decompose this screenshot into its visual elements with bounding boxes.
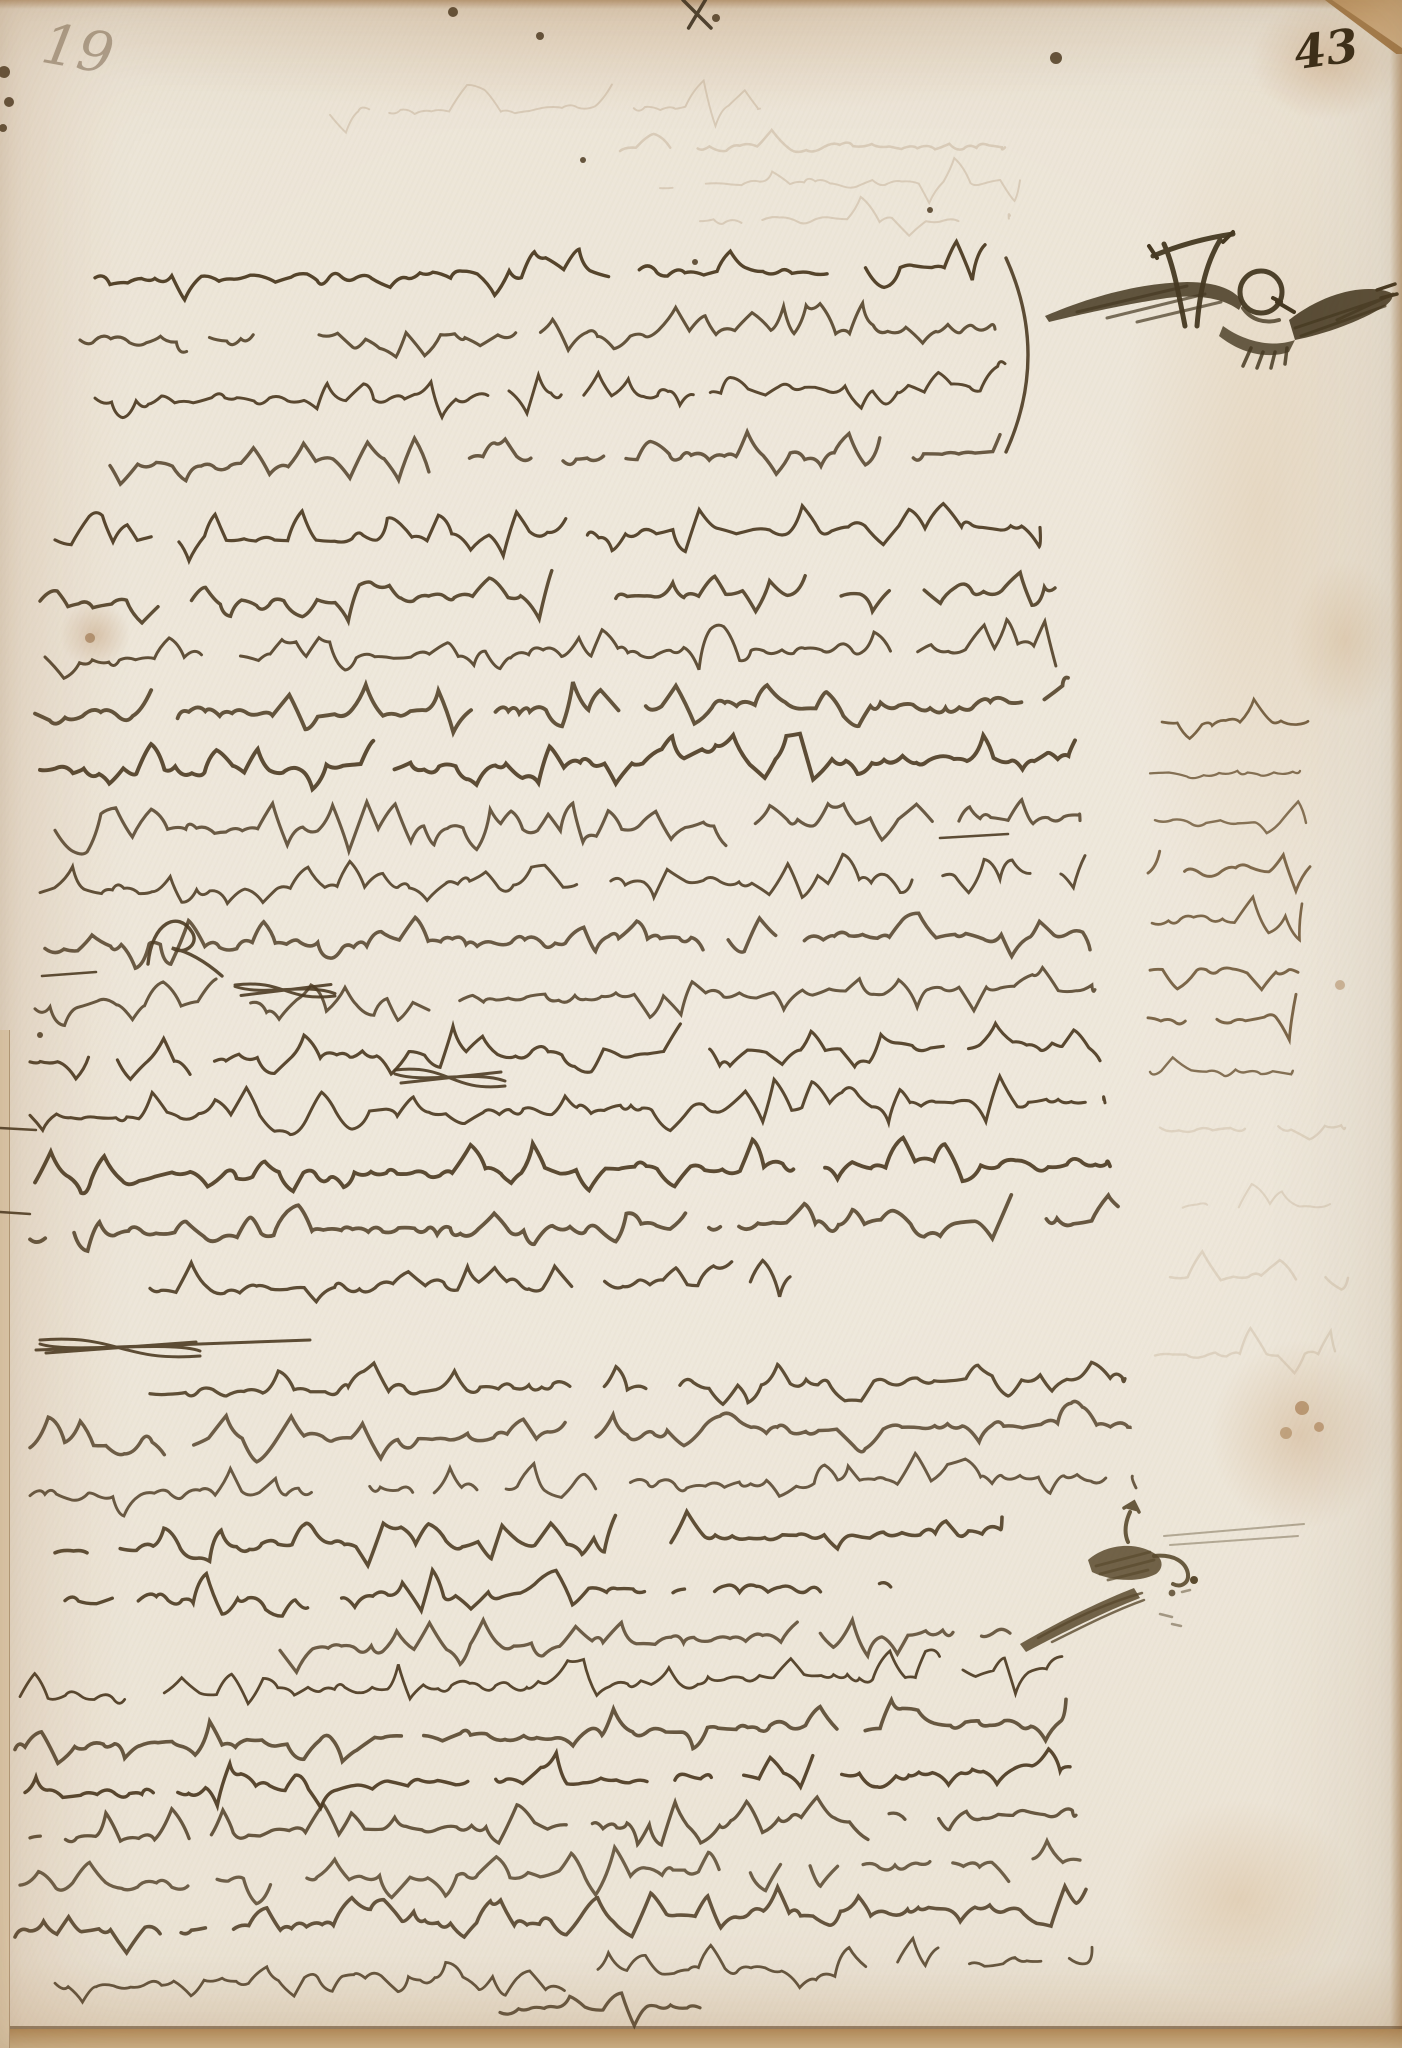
handwritten-line — [95, 242, 985, 300]
bird2-long-wing — [1020, 1588, 1140, 1652]
handwritten-line — [150, 1362, 1125, 1404]
handwritten-line — [25, 1749, 1070, 1808]
handwritten-line — [30, 1797, 1076, 1845]
bird2-dashes — [1160, 1590, 1190, 1626]
handwritten-line — [40, 571, 1055, 623]
bird-tail-fork — [1153, 234, 1233, 326]
bird-head — [1240, 271, 1282, 313]
handwritten-line — [1148, 994, 1296, 1040]
ink-speck — [536, 32, 544, 40]
handwritten-line — [1150, 1057, 1293, 1076]
ink-speck — [1314, 1422, 1324, 1432]
ink-speck — [1050, 52, 1062, 64]
handwritten-line — [30, 1024, 1100, 1080]
handwritten-line — [30, 1195, 1118, 1251]
handwritten-line — [20, 1650, 1062, 1704]
handwritten-line — [42, 972, 96, 976]
handwritten-line — [620, 130, 1005, 152]
handwritten-line — [35, 1138, 1110, 1194]
handwritten-line — [55, 1512, 1002, 1566]
ink-speck — [448, 7, 458, 17]
handwritten-line — [1183, 1184, 1330, 1208]
handwritten-line — [660, 158, 1020, 203]
bird2-flick — [1126, 1512, 1130, 1542]
handwritten-line — [683, 0, 711, 28]
handwritten-line — [940, 834, 1008, 838]
bird2-flick-head — [1124, 1502, 1139, 1512]
bird-body — [1219, 326, 1295, 355]
handwritten-line — [1150, 968, 1298, 990]
handwritten-line — [1170, 1251, 1348, 1289]
handwritten-line — [40, 734, 1075, 790]
handwritten-line — [20, 1841, 1080, 1904]
handwritten-line — [1150, 771, 1300, 778]
bird2-dot — [1169, 1590, 1176, 1597]
ink-speck — [85, 633, 95, 643]
handwritten-line — [80, 303, 995, 357]
handwritten-line — [65, 1570, 891, 1616]
handwritten-line — [15, 1886, 1086, 1953]
ink-speck — [1295, 1401, 1309, 1415]
handwritten-line — [1155, 802, 1306, 834]
ink-speck — [4, 97, 14, 107]
bird2-trail-lines — [1164, 1524, 1304, 1545]
handwritten-line — [1160, 1125, 1345, 1139]
handwritten-line — [40, 854, 1085, 903]
handwritten-line — [30, 1453, 1136, 1516]
handwritten-line — [500, 1993, 700, 2026]
ink-speck — [37, 1032, 43, 1038]
handwritten-line — [36, 1339, 310, 1357]
handwritten-line — [110, 432, 1000, 484]
handwritten-line — [95, 362, 1005, 418]
handwritten-line — [1162, 699, 1308, 738]
ink-speck — [0, 124, 7, 132]
handwritten-line — [35, 968, 1095, 1026]
handwritten-line — [55, 1938, 1092, 2002]
bird-sketch-bottom — [1020, 1502, 1304, 1652]
ink-speck — [0, 66, 10, 78]
ink-speck — [927, 207, 933, 213]
handwritten-line — [30, 1076, 1105, 1134]
handwritten-line — [395, 1069, 505, 1087]
handwritten-line — [45, 620, 1056, 679]
bird-left-wing — [1045, 282, 1243, 322]
handwritten-line — [0, 1212, 30, 1214]
handwritten-line — [280, 1620, 1010, 1672]
bird-sketch-top — [1045, 232, 1397, 368]
manuscript-page: 19 43 — [0, 0, 1402, 2048]
handwritten-line — [0, 1128, 36, 1130]
handwritten-line — [1148, 851, 1310, 891]
handwritten-line — [150, 1260, 790, 1301]
ink-speck — [1280, 1427, 1292, 1439]
handwritten-line — [700, 197, 1010, 236]
handwritten-line — [30, 1401, 1130, 1461]
bird-right-wing — [1289, 289, 1392, 340]
handwritten-line — [15, 1699, 1066, 1763]
handwriting-layer — [0, 0, 1402, 2048]
handwritten-line — [55, 504, 1040, 561]
handwritten-line — [330, 81, 760, 133]
handwritten-line — [55, 800, 1080, 854]
handwritten-line — [1155, 1328, 1335, 1373]
bird2-dot — [1190, 1576, 1198, 1584]
handwritten-line — [1006, 258, 1028, 452]
handwritten-line — [1152, 897, 1302, 940]
ink-speck — [1335, 980, 1345, 990]
ink-speck — [580, 157, 586, 163]
ink-speck — [692, 259, 698, 265]
handwritten-line — [35, 678, 1068, 733]
ink-speck — [712, 14, 720, 22]
